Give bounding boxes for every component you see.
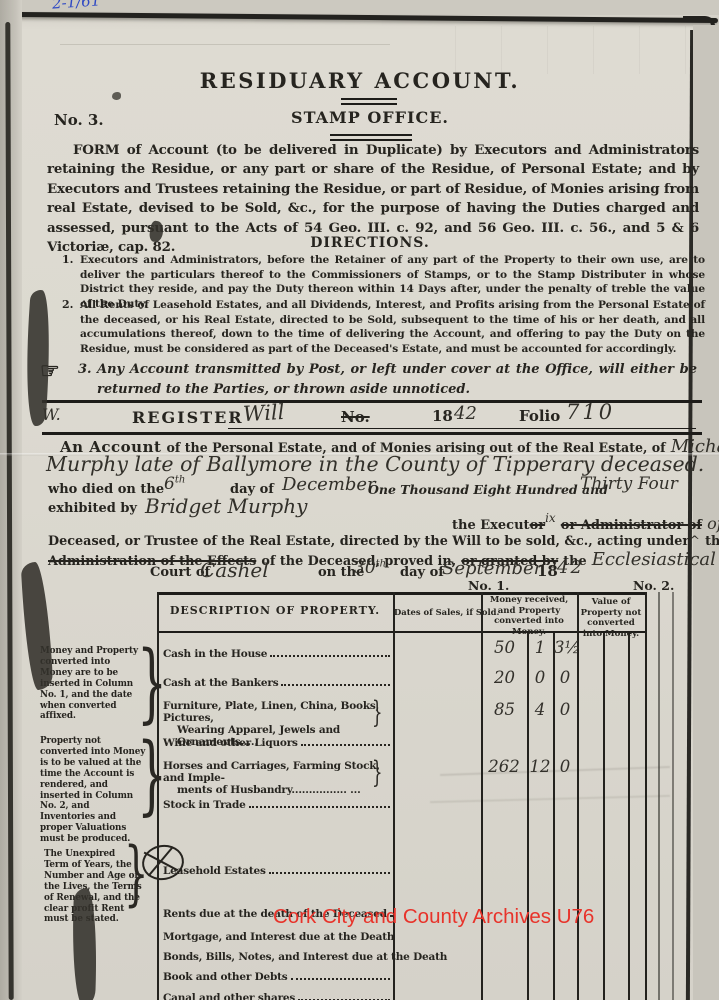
dot-leader <box>301 744 390 746</box>
money-subdivider-2 <box>553 633 555 1000</box>
direction-2-text: All Rents of Leasehold Estates, and all … <box>80 298 705 356</box>
showthrough-script-2 <box>430 795 670 803</box>
court-name: Cashel <box>200 558 269 582</box>
dot-leader <box>269 872 390 874</box>
dot-leader <box>249 806 390 808</box>
table-border-right <box>645 592 647 1000</box>
row-label: Stock in Trade <box>163 799 246 811</box>
register-label: REGISTER <box>132 408 244 427</box>
register-folio-label: Folio <box>519 407 560 425</box>
header-description: DESCRIPTION OF PROPERTY. <box>160 604 390 617</box>
amount-pounds: 85 <box>484 700 525 719</box>
document-title: RESIDUARY ACCOUNT. <box>160 68 560 93</box>
row-label: Leasehold Estates <box>163 865 266 877</box>
edge-ruling-1 <box>658 592 660 1000</box>
header-money: Money received, and Property converted i… <box>483 595 575 637</box>
title-double-rule <box>341 98 397 105</box>
amount-pence: 0 <box>554 668 576 687</box>
row-brace-horses: } <box>372 758 383 788</box>
exhibited-name: Bridget Murphy <box>145 494 307 518</box>
amount-pence: 0 <box>554 700 576 719</box>
margin-note-1: Money and Property converted into Money … <box>40 646 144 722</box>
died-day: 6th <box>164 474 185 494</box>
row-label: Cash at the Bankers <box>163 677 278 689</box>
court-month: September <box>442 558 542 579</box>
direction-1-number: 1. <box>62 253 73 266</box>
table-row: Bonds, Bills, Notes, and Interest due at… <box>163 951 390 963</box>
court-year-printed: 18 <box>537 562 558 580</box>
executrix-superscript: ix <box>545 511 556 525</box>
amount-shillings: 4 <box>529 700 551 719</box>
money-subdivider-1 <box>527 633 529 1000</box>
row-label: Horses and Carriages, Farming Stock, and… <box>163 760 390 784</box>
table-row: Canal and other shares <box>163 992 390 1000</box>
direction-3-text: Any Account transmitted by Post, or left… <box>97 360 697 399</box>
row-label: Wine and other Liquors <box>163 737 298 749</box>
court-year-written: 42 <box>557 557 584 578</box>
register-year-written: 42 <box>454 403 477 424</box>
died-year-written: Thirty Four <box>580 474 678 494</box>
dot-leader <box>291 978 391 980</box>
register-entry: Will <box>242 400 285 426</box>
row-brace-furniture: } <box>372 698 383 728</box>
showthrough-rule <box>60 44 390 45</box>
office-double-rule <box>330 134 412 141</box>
amount-pounds: 20 <box>484 668 525 687</box>
value-subdivider-1 <box>603 633 605 1000</box>
amount-shillings: 0 <box>529 668 551 687</box>
trustee-clause: Deceased, or Trustee of the Real Estate,… <box>48 530 703 549</box>
scanned-document: 2-1/61 RESIDUARY ACCOUNT. No. 3. STAMP O… <box>0 0 719 1000</box>
header-dates: Dates of Sales, if Sold. <box>394 607 480 617</box>
register-no-label: No. <box>341 408 370 426</box>
row-label: Furniture, Plate, Linen, China, Books, P… <box>163 700 390 724</box>
table-row: Cash at the Bankers <box>163 677 390 689</box>
register-year-printed: 18 <box>432 407 453 425</box>
showthrough-columns <box>455 26 690 74</box>
amount-pence: 0 <box>554 757 576 776</box>
margin-note-2: Property not converted into Money is to … <box>40 736 146 845</box>
table-row: Cash in the House <box>163 648 390 660</box>
dot-leader <box>270 655 390 657</box>
row-label: ments of Husbandry................ ... <box>163 784 390 796</box>
ink-blot-left-2 <box>21 561 54 690</box>
court-day-of: day of <box>400 565 444 580</box>
amount-shillings: 12 <box>528 757 552 776</box>
exhibited-label: exhibited by <box>48 501 137 516</box>
value-subdivider-2 <box>628 633 630 1000</box>
direction-2-number: 2. <box>62 298 73 311</box>
small-mark-top-left <box>112 92 121 100</box>
table-row: Horses and Carriages, Farming Stock, and… <box>163 760 390 796</box>
row-label: Book and other Debts <box>163 971 288 983</box>
executor-tail-written: of <box>707 514 719 533</box>
dot-leader <box>281 684 390 686</box>
row-label: Mortgage, and Interest due at the Death <box>163 931 394 943</box>
row-label: Cash in the House <box>163 648 267 660</box>
table-row: Book and other Debts <box>163 971 390 983</box>
table-row: Wine and other Liquors <box>163 737 390 749</box>
column-no2-label: No. 2. <box>633 578 674 593</box>
amount-pounds: 50 <box>484 638 525 657</box>
office-title: STAMP OFFICE. <box>260 108 480 127</box>
table-row: Mortgage, and Interest due at the Death <box>163 931 390 943</box>
amount-shillings: 1 <box>529 638 551 657</box>
insertion-caret: ^ <box>689 534 700 549</box>
amount-pounds: 262 <box>482 757 526 776</box>
table-row: Stock in Trade <box>163 799 390 811</box>
court-day: 30th <box>354 558 386 578</box>
table-row: Leasehold Estates <box>163 865 390 877</box>
direction-3-number: 3. <box>78 360 92 380</box>
header-value: Value of Property not converted into Mon… <box>579 597 643 639</box>
col-divider-dates <box>481 592 483 1000</box>
row-label: Canal and other shares <box>163 992 295 1000</box>
row-label: Bonds, Bills, Notes, and Interest due at… <box>163 951 447 963</box>
archive-watermark: Cork City and County Archives U76 <box>273 905 594 929</box>
deceased-name-line: Murphy late of Ballymore in the County o… <box>46 452 711 476</box>
amount-pence: 3½ <box>554 638 576 657</box>
edge-ruling-2 <box>672 592 674 1000</box>
form-number: No. 3. <box>54 111 104 129</box>
died-year-printed: One Thousand Eight Hundred and <box>368 482 608 497</box>
died-month: December <box>282 474 376 495</box>
register-entry-underline <box>228 428 696 429</box>
register-bottom-rule <box>42 432 702 435</box>
column-no1-label: No. 1. <box>468 578 509 593</box>
directions-title: DIRECTIONS. <box>260 235 480 251</box>
court-type-written: Ecclesiastical <box>592 549 716 570</box>
register-folio-value: 710 <box>566 400 615 424</box>
